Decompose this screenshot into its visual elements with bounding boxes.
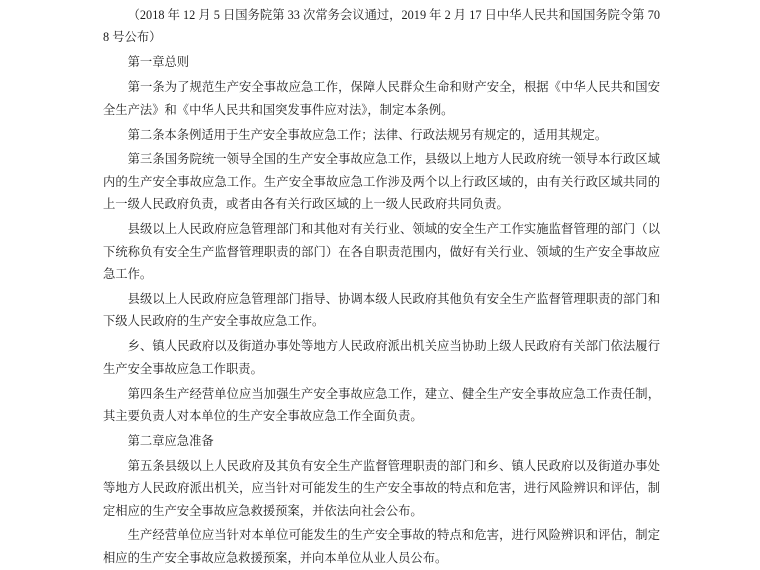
article: 第四条生产经营单位应当加强生产安全事故应急工作，建立、健全生产安全事故应急工作责… [103,383,660,428]
article: 第一条为了规范生产安全事故应急工作，保障人民群众生命和财产安全，根据《中华人民共… [103,76,660,121]
paragraph: 县级以上人民政府应急管理部门和其他对有关行业、领域的安全生产工作实施监督管理的部… [103,218,660,285]
document-body: （2018 年 12 月 5 日国务院第 33 次常务会议通过，2019 年 2… [0,0,760,570]
paragraph: 生产经营单位应当针对本单位可能发生的生产安全事故的特点和危害，进行风险辨识和评估… [103,524,660,569]
article: 第二条本条例适用于生产安全事故应急工作；法律、行政法规另有规定的，适用其规定。 [103,124,660,146]
paragraph: 县级以上人民政府应急管理部门指导、协调本级人民政府其他负有安全生产监督管理职责的… [103,288,660,333]
chapter-heading: 第二章应急准备 [103,430,660,452]
document-page: （2018 年 12 月 5 日国务院第 33 次常务会议通过，2019 年 2… [0,0,760,570]
promulgation-note: （2018 年 12 月 5 日国务院第 33 次常务会议通过，2019 年 2… [103,4,660,49]
article: 第五条县级以上人民政府及其负有安全生产监督管理职责的部门和乡、镇人民政府以及街道… [103,455,660,522]
paragraph: 乡、镇人民政府以及街道办事处等地方人民政府派出机关应当协助上级人民政府有关部门依… [103,335,660,380]
article: 第三条国务院统一领导全国的生产安全事故应急工作，县级以上地方人民政府统一领导本行… [103,148,660,215]
chapter-heading: 第一章总则 [103,51,660,73]
